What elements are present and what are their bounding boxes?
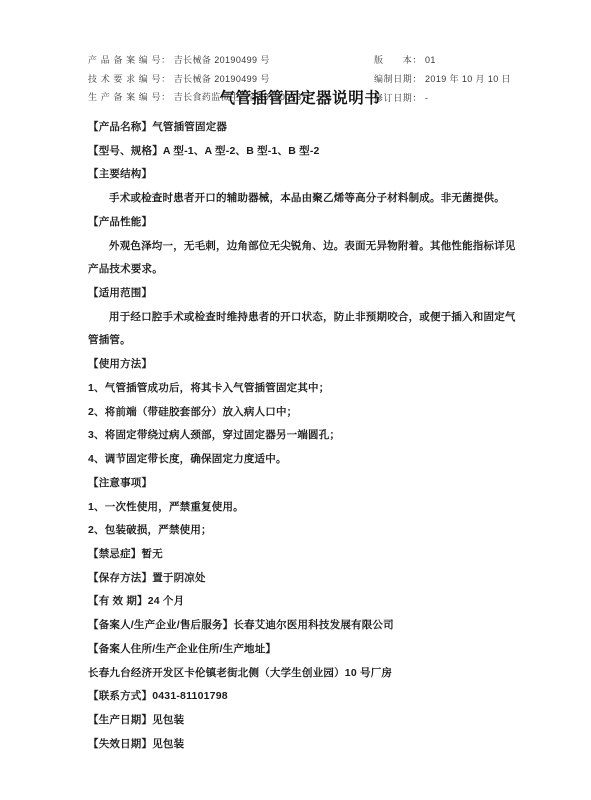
meta-label: 编制日期： xyxy=(374,72,422,85)
doc-line: 【禁忌症】暂无 xyxy=(88,543,520,567)
meta-row-version: 版 本： 01 xyxy=(374,50,511,69)
doc-line: 用于经口腔手术或检查时维持患者的开口状态，防止非预期咬合，或便于插入和固定气 xyxy=(88,306,520,330)
meta-label: 产 品 备 案 编 号： xyxy=(88,53,171,66)
doc-line: 【主要结构】 xyxy=(88,163,520,187)
meta-value: 2019 年 10 月 10 日 xyxy=(425,72,511,85)
doc-line: 【失效日期】见包装 xyxy=(88,733,520,757)
document-title: 气管插管固定器说明书 xyxy=(0,86,591,108)
meta-value: 吉长械备 20190499 号 xyxy=(174,53,270,66)
doc-line: 手术或检查时患者开口的辅助器械，本品由聚乙烯等高分子材料制成。非无菌提供。 xyxy=(88,187,520,211)
doc-line: 【注意事项】 xyxy=(88,472,520,496)
doc-line: 产品技术要求。 xyxy=(88,258,520,282)
doc-line: 【保存方法】置于阴凉处 xyxy=(88,567,520,591)
doc-line: 1、一次性使用，严禁重复使用。 xyxy=(88,496,520,520)
doc-line: 【有 效 期】24 个月 xyxy=(88,590,520,614)
doc-line: 【备案人/生产企业/售后服务】长春艾迪尔医用科技发展有限公司 xyxy=(88,614,520,638)
meta-label: 版 本： xyxy=(374,53,422,66)
doc-line: 外观色泽均一，无毛刺，边角部位无尖锐角、边。表面无异物附着。其他性能指标详见 xyxy=(88,235,520,259)
meta-row-product-record: 产 品 备 案 编 号： 吉长械备 20190499 号 xyxy=(88,50,311,69)
doc-line: 2、包装破损，严禁使用； xyxy=(88,519,520,543)
meta-value: 吉长械备 20190499 号 xyxy=(174,72,270,85)
doc-line: 【生产日期】见包装 xyxy=(88,709,520,733)
doc-line: 管插管。 xyxy=(88,329,520,353)
doc-line: 4、调节固定带长度，确保固定力度适中。 xyxy=(88,448,520,472)
doc-line: 3、将固定带绕过病人颈部，穿过固定器另一端圆孔； xyxy=(88,424,520,448)
meta-row-tech-requirement: 技 术 要 求 编 号： 吉长械备 20190499 号 xyxy=(88,69,311,88)
doc-line: 【联系方式】0431-81101798 xyxy=(88,685,520,709)
doc-line: 【型号、规格】A 型-1、A 型-2、B 型-1、B 型-2 xyxy=(88,140,520,164)
doc-line: 【产品名称】气管插管固定器 xyxy=(88,116,520,140)
doc-line: 【备案人住所/生产企业住所/生产地址】 xyxy=(88,638,520,662)
document-page: 产 品 备 案 编 号： 吉长械备 20190499 号 技 术 要 求 编 号… xyxy=(0,0,591,800)
doc-line: 【使用方法】 xyxy=(88,353,520,377)
meta-value: 01 xyxy=(425,55,436,65)
doc-line: 2、将前端（带硅胶套部分）放入病人口中； xyxy=(88,401,520,425)
meta-label: 技 术 要 求 编 号： xyxy=(88,72,171,85)
doc-line: 【产品性能】 xyxy=(88,211,520,235)
doc-line: 长春九台经济开发区卡伦镇老街北侧（大学生创业园）10 号厂房 xyxy=(88,662,520,686)
doc-line: 【适用范围】 xyxy=(88,282,520,306)
document-body: 【产品名称】气管插管固定器【型号、规格】A 型-1、A 型-2、B 型-1、B … xyxy=(88,116,520,756)
doc-line: 1、气管插管成功后，将其卡入气管插管固定其中； xyxy=(88,377,520,401)
